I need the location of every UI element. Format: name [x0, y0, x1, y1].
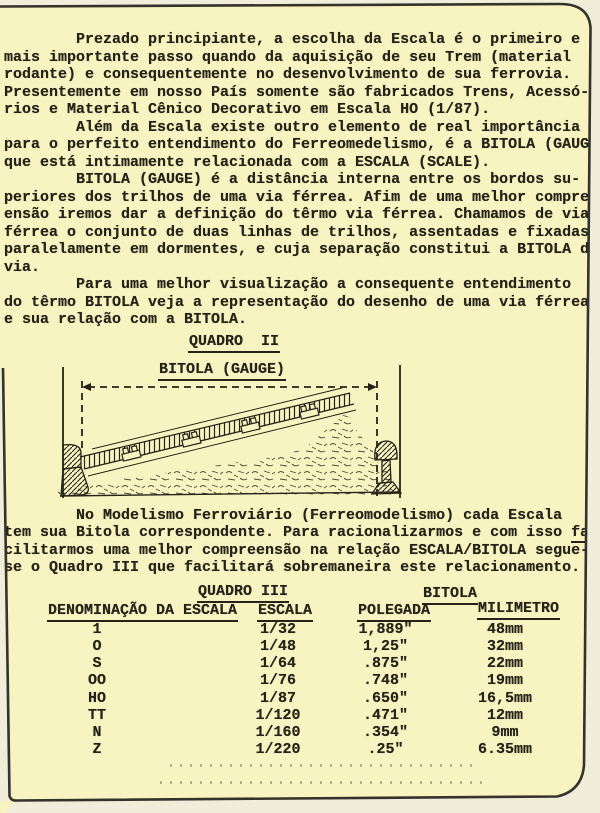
cell-denominacao: 1 — [40, 621, 154, 639]
cell-denominacao: OO — [40, 672, 154, 690]
para4-line3: cilitarmos uma melhor compreensão na rel… — [4, 542, 589, 560]
cell-denominacao: TT — [40, 707, 154, 725]
table-row: O 1/48 1,25" 32mm — [0, 638, 600, 656]
cell-polegada: .650" — [340, 690, 431, 708]
cell-polegada: .25" — [340, 741, 431, 759]
col-header-denominacao: DENOMINAÇÃO DA ESCALA — [47, 603, 238, 622]
scan-artifact-dots — [160, 781, 490, 784]
cell-polegada: .471" — [340, 707, 431, 725]
cell-escala: 1/120 — [233, 707, 323, 725]
cell-escala: 1/32 — [233, 621, 323, 639]
table-row: S 1/64 .875" 22mm — [0, 655, 600, 673]
cell-escala: 1/64 — [233, 655, 323, 673]
cell-escala: 1/160 — [233, 724, 323, 742]
quadro3-title: QUADRO III — [197, 584, 289, 603]
cell-polegada: 1,889" — [340, 621, 431, 639]
col-header-milimetro: MILIMETRO — [477, 601, 560, 620]
cell-milimetro: 12mm — [460, 707, 550, 725]
cell-milimetro: 9mm — [460, 724, 550, 742]
cell-milimetro: 6.35mm — [460, 741, 550, 759]
cell-denominacao: O — [40, 638, 154, 656]
para4-line2-underlined: fa — [571, 524, 589, 543]
table-row: Z 1/220 .25" 6.35mm — [0, 741, 600, 759]
para4-line4: se o Quadro III que facilitará sobremane… — [4, 559, 580, 577]
para4-line1: No Modelismo Ferroviário (Ferreomodelism… — [4, 507, 562, 525]
cell-denominacao: HO — [40, 690, 154, 708]
cell-milimetro: 32mm — [460, 638, 550, 656]
col-header-polegada: POLEGADA — [357, 603, 431, 622]
cell-polegada: .748" — [340, 672, 431, 690]
cell-denominacao: Z — [40, 741, 154, 759]
table-row: HO 1/87 .650" 16,5mm — [0, 690, 600, 708]
cell-milimetro: 48mm — [460, 621, 550, 639]
cell-escala: 1/87 — [233, 690, 323, 708]
cell-milimetro: 16,5mm — [460, 690, 550, 708]
cell-denominacao: S — [40, 655, 154, 673]
scan-artifact-dots — [170, 764, 480, 767]
cell-milimetro: 19mm — [460, 672, 550, 690]
col-header-escala: ESCALA — [257, 603, 313, 622]
para4-line2-text: tem sua Bitola correspondente. Para raci… — [4, 524, 571, 541]
table-row: N 1/160 .354" 9mm — [0, 724, 600, 742]
cell-milimetro: 22mm — [460, 655, 550, 673]
table-row: 1 1/32 1,889" 48mm — [0, 621, 600, 639]
cell-denominacao: N — [40, 724, 154, 742]
cell-polegada: .354" — [340, 724, 431, 742]
cell-escala: 1/76 — [233, 672, 323, 690]
scanned-document-page: Prezado principiante, a escolha da Escal… — [0, 0, 600, 813]
cell-polegada: .875" — [340, 655, 431, 673]
table-row: TT 1/120 .471" 12mm — [0, 707, 600, 725]
cell-polegada: 1,25" — [340, 638, 431, 656]
cell-escala: 1/48 — [233, 638, 323, 656]
cell-escala: 1/220 — [233, 741, 323, 759]
body-text: Prezado principiante, a escolha da Escal… — [4, 31, 598, 329]
gauge-label: BITOLA (GAUGE) — [158, 362, 286, 381]
table-row: OO 1/76 .748" 19mm — [0, 672, 600, 690]
quadro2-title: QUADRO II — [188, 334, 280, 353]
para4-line2: tem sua Bitola correspondente. Para raci… — [4, 524, 589, 542]
